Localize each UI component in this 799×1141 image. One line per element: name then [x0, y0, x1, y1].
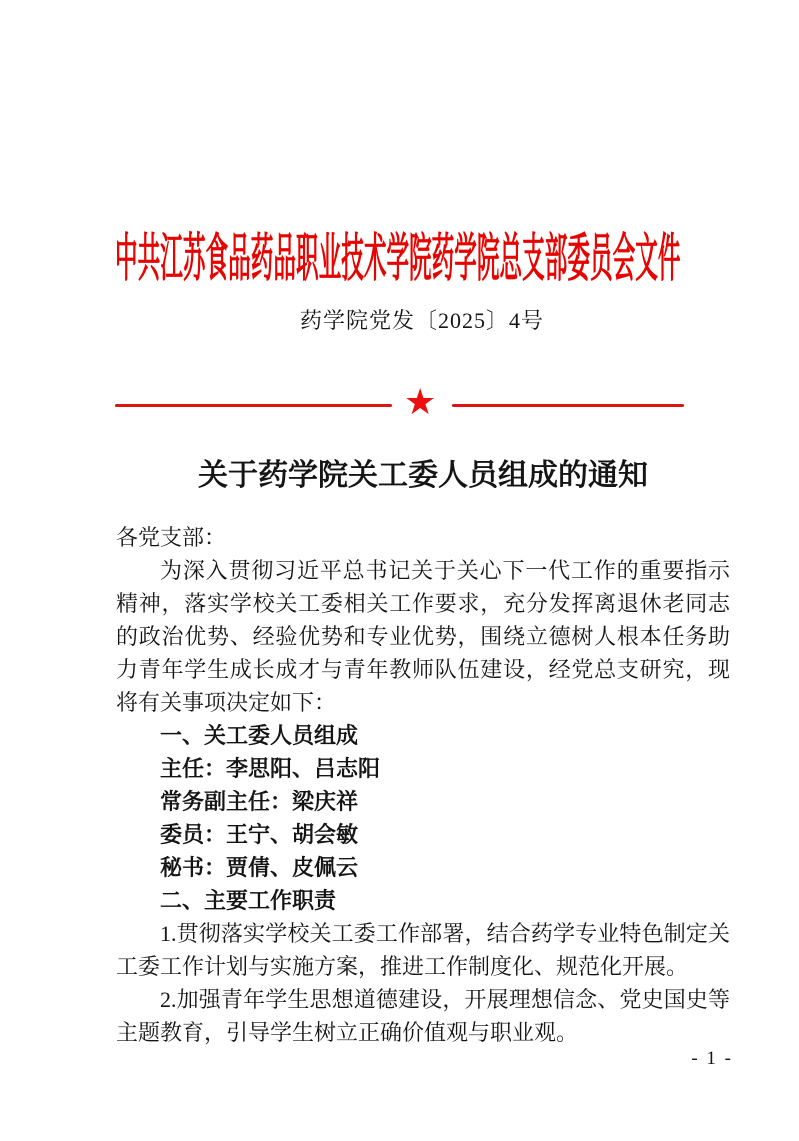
addressee-line: 各党支部： [116, 521, 730, 554]
document-title: 关于药学院关工委人员组成的通知 [116, 456, 730, 496]
header-separator: ★ [115, 387, 684, 423]
document-page: 中共江苏食品药品职业技术学院药学院总支部委员会文件 药学院党发〔2025〕4号 … [0, 0, 799, 1141]
intro-paragraph: 为深入贯彻习近平总书记关于关心下一代工作的重要指示精神，落实学校关工委相关工作要… [116, 554, 730, 719]
doc-number: 药学院党发〔2025〕4号 [115, 308, 729, 334]
red-star-icon: ★ [404, 385, 436, 421]
org-title-row: 中共江苏食品药品职业技术学院药学院总支部委员会文件 [115, 230, 729, 290]
member-line-committee-members: 委员：王宁、胡会敏 [116, 818, 730, 851]
member-line-secretaries: 秘书：贾倩、皮佩云 [116, 851, 730, 884]
org-title: 中共江苏食品药品职业技术学院药学院总支部委员会文件 [115, 230, 681, 290]
member-line-director: 主任：李思阳、吕志阳 [116, 752, 730, 785]
document-body: 关于药学院关工委人员组成的通知 各党支部： 为深入贯彻习近平总书记关于关心下一代… [0, 456, 799, 1049]
red-letterhead: 中共江苏食品药品职业技术学院药学院总支部委员会文件 药学院党发〔2025〕4号 … [0, 0, 799, 423]
member-line-executive-deputy-director: 常务副主任：梁庆祥 [116, 785, 730, 818]
page-number: - 1 - [691, 1049, 733, 1069]
section-1-heading: 一、关工委人员组成 [116, 719, 730, 752]
duty-paragraph-2: 2.加强青年学生思想道德建设，开展理想信念、党史国史等主题教育，引导学生树立正确… [116, 983, 730, 1049]
duty-paragraph-1: 1.贯彻落实学校关工委工作部署，结合药学专业特色制定关工委工作计划与实施方案，推… [116, 917, 730, 983]
section-2-heading: 二、主要工作职责 [116, 884, 730, 917]
separator-line-left [115, 404, 392, 407]
separator-line-right [452, 404, 684, 407]
